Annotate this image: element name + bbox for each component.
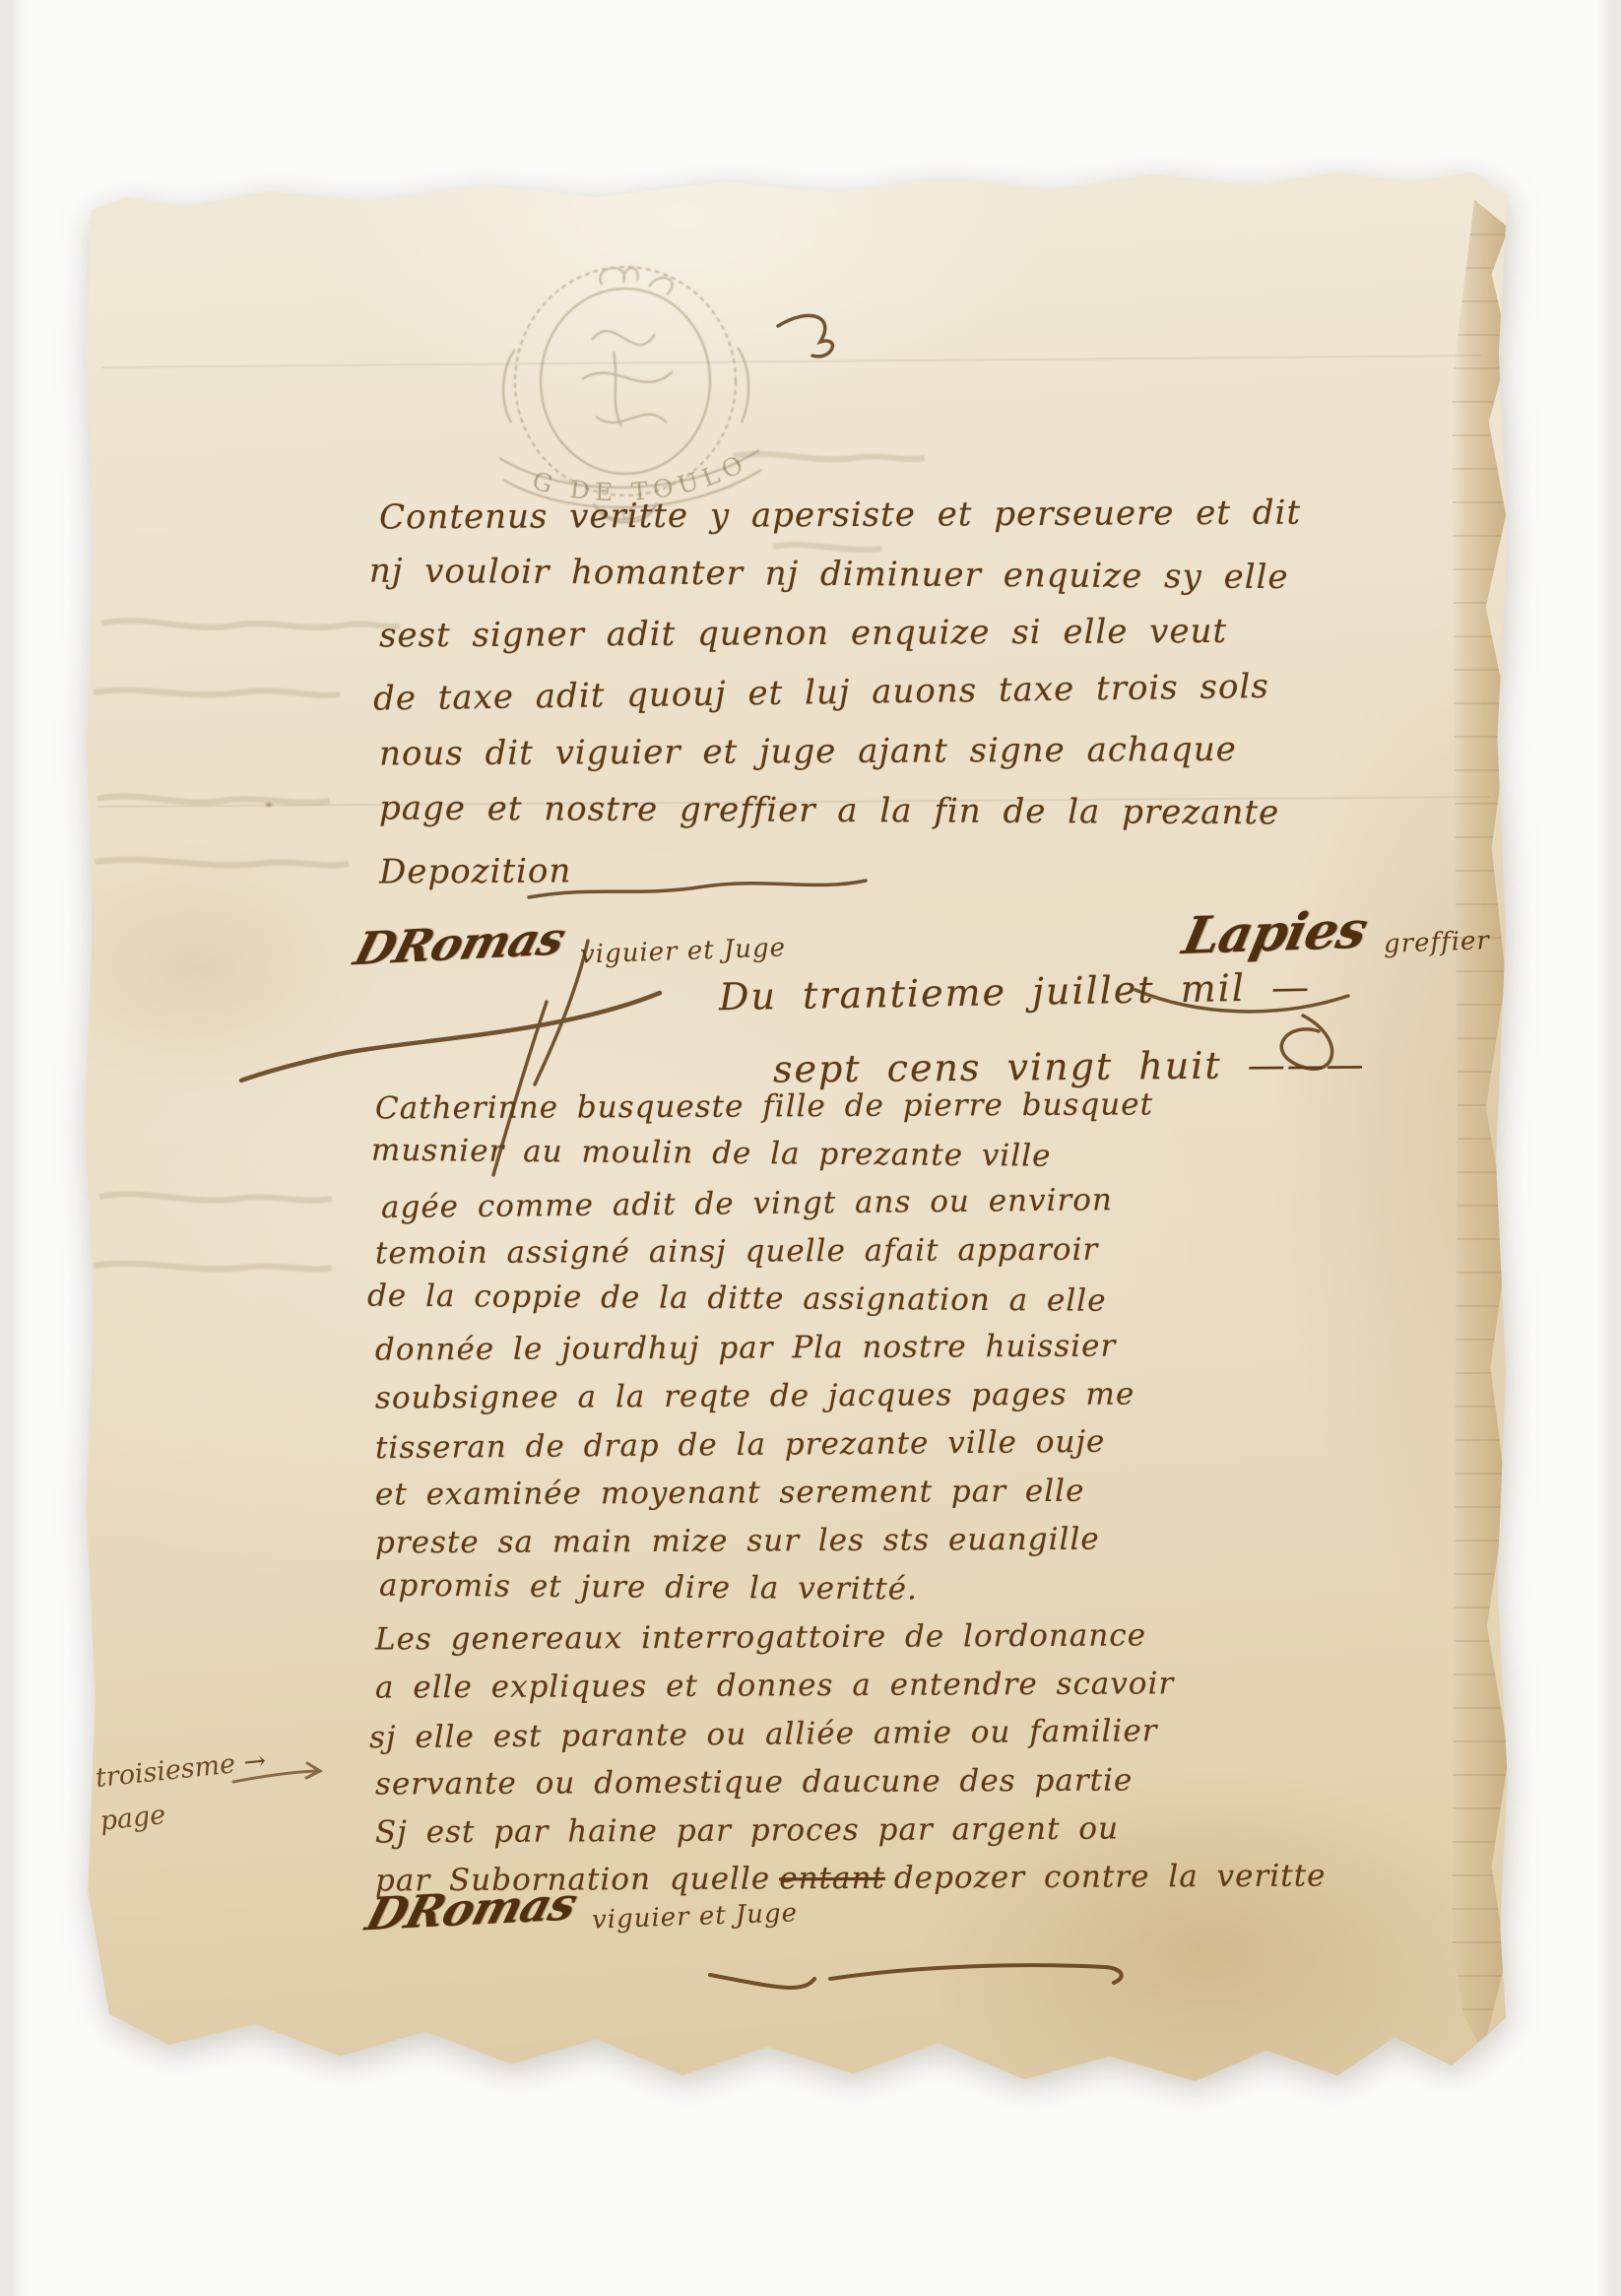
deposition-block: Catherinne busqueste fille de pierre bus…	[375, 1082, 1326, 1903]
manuscript-line: Contenus veritte y apersiste et perseuer…	[379, 484, 1301, 548]
strike-line-post: depozer contre la veritte	[894, 1858, 1327, 1895]
manuscript-line: a elle expliques et donnes a entendre sc…	[375, 1659, 1327, 1712]
manuscript-line: nj vouloir homanter nj diminuer enquize …	[369, 542, 1292, 608]
manuscript-line: Catherinne busqueste fille de pierre bus…	[375, 1080, 1327, 1133]
date-heading-line-1: Du trantieme juillet mil —	[719, 965, 1312, 1018]
manuscript-line: nous dit viguier et juge ajant signe ach…	[379, 720, 1301, 784]
stamp-banner-text: G DE TOULOUSE	[476, 255, 753, 507]
manuscript-line: Les genereaux interrogattoire de lordona…	[375, 1610, 1327, 1664]
paper-sheet-wrapper: G DE TOULOUSE	[84, 161, 1509, 2083]
manuscript-line: preste sa main mize sur les sts euangill…	[375, 1514, 1327, 1567]
manuscript-line: Depozition	[379, 838, 1301, 902]
judge-signature: DRomas	[349, 912, 570, 976]
manuscript-line: servante ou domestique daucune des parti…	[375, 1755, 1327, 1808]
continuation-block: Contenus veritte y apersiste et perseuer…	[379, 486, 1301, 899]
signature-mid-paraph	[241, 993, 660, 1081]
manuscript-line: et examinée moyenant serement par elle	[375, 1466, 1327, 1519]
judge-signature-bottom-title: viguier et Juge	[592, 1898, 799, 1935]
svg-text:G DE TOULOUSE: G DE TOULOUSE	[476, 255, 753, 507]
manuscript-line: page et nostre greffier a la fin de la p…	[379, 779, 1301, 843]
margin-note: troisiesme → page	[94, 1739, 273, 1844]
judge-signature-bottom: DRomas	[360, 1877, 582, 1941]
manuscript-line: soubsignee a la reqte de jacques pages m…	[375, 1369, 1327, 1422]
manuscript-line: tisseran de drap de la prezante ville ou…	[375, 1416, 1327, 1473]
signature-bottom-underline	[710, 1965, 1122, 1988]
stamp-outer-wreath	[515, 267, 736, 495]
manuscript-line: de la coppie de la ditte assignation a e…	[367, 1273, 1319, 1328]
manuscript-line: de taxe adit quouj et luj auons taxe tro…	[373, 657, 1296, 729]
manuscript-line: apromis et jure dire la veritté.	[379, 1562, 1330, 1617]
clerk-signature-group: Lapies greffier	[1185, 903, 1490, 963]
clerk-signature: Lapies	[1178, 900, 1372, 966]
clerk-signature-title: greffier	[1384, 926, 1491, 959]
bottom-signature-row: DRomas viguier et Juge	[369, 1882, 798, 1935]
manuscript-line: agée comme adit de vingt ans ou environ	[381, 1174, 1332, 1232]
judge-signature-title: viguier et Juge	[580, 933, 787, 969]
stamp-arms-scribble	[582, 331, 673, 426]
manuscript-line: temoin assigné ainsj quelle afait apparo…	[375, 1224, 1327, 1278]
manuscript-line: donnée le jourdhuj par Pla nostre huissi…	[375, 1321, 1327, 1374]
manuscript-line: Sj est par haine par proces par argent o…	[375, 1804, 1327, 1857]
pen-squiggle-mark	[778, 315, 832, 356]
paper-sheet: G DE TOULOUSE	[84, 161, 1509, 2083]
deckle-edge-stack	[1452, 200, 1509, 2052]
manuscript-line: sest signer adit quenon enquize si elle …	[379, 602, 1301, 666]
scanned-manuscript-page: { "colors": { "paper": "#ece0c9", "ink":…	[0, 0, 1621, 2296]
manuscript-line: sj elle est parante ou alliée amie ou fa…	[369, 1706, 1321, 1762]
stamp-inner-oval	[541, 289, 710, 474]
